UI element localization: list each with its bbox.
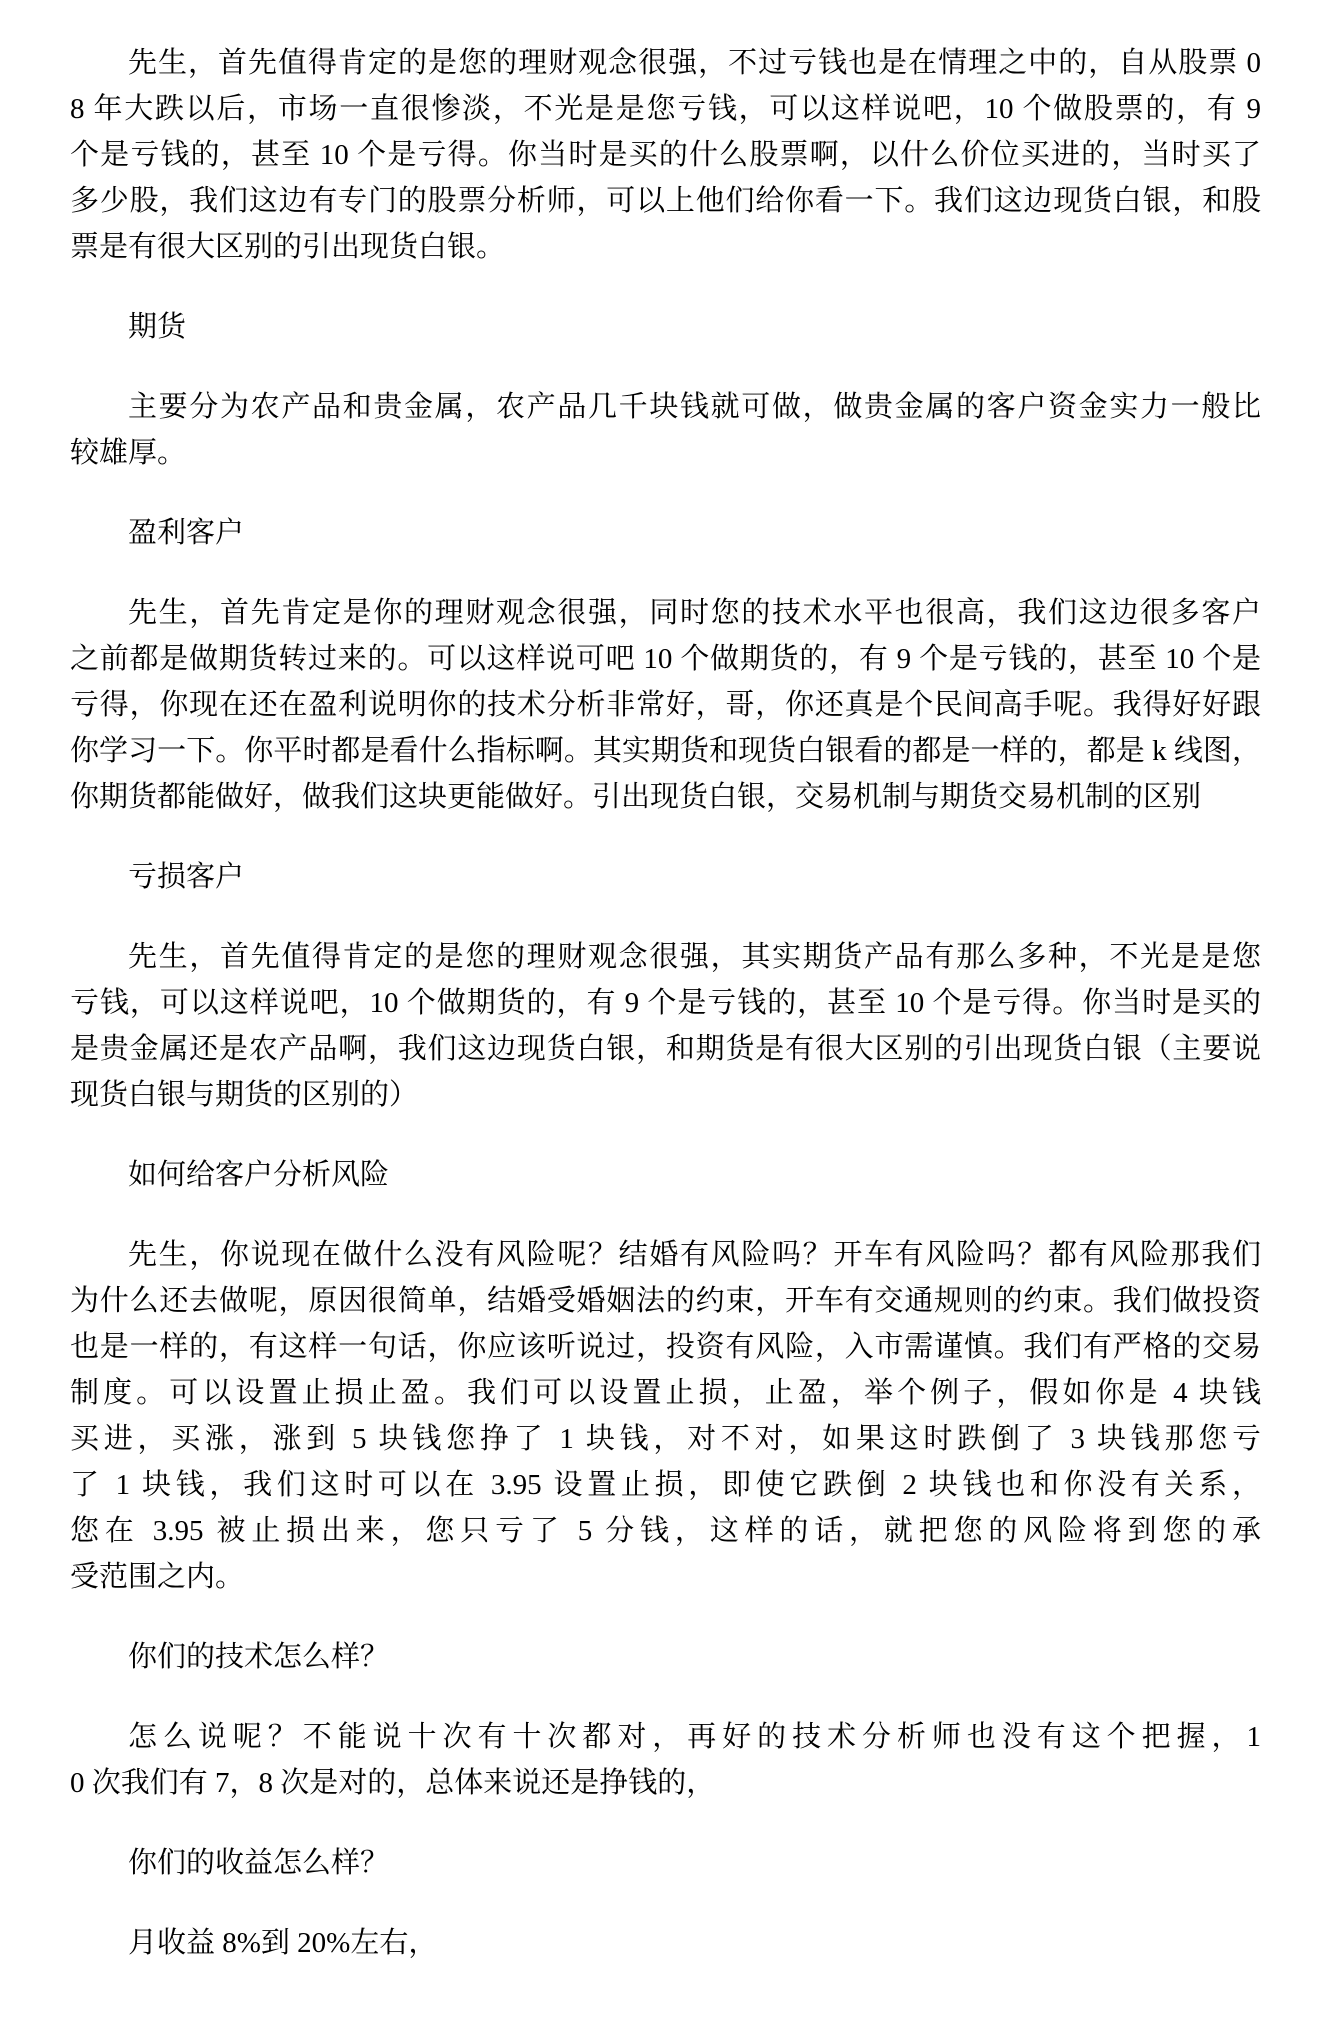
text-line: 亏得，你现在还在盈利说明你的技术分析非常好，哥，你还真是个民间高手呢。我得好好跟	[70, 682, 1261, 728]
text-line: 多少股，我们这边有专门的股票分析师，可以上他们给你看一下。我们这边现货白银，和股	[70, 178, 1261, 224]
text-line: 票是有很大区别的引出现货白银。	[70, 224, 1261, 270]
paragraph: 先生，首先值得肯定的是您的理财观念很强，其实期货产品有那么多种，不光是是您亏钱，…	[70, 934, 1261, 1118]
text-line: 你期货都能做好，做我们这块更能做好。引出现货白银，交易机制与期货交易机制的区别	[70, 774, 1261, 820]
document-content: 先生，首先值得肯定的是您的理财观念很强，不过亏钱也是在情理之中的，自从股票 08…	[70, 40, 1261, 1966]
text-line: 个是亏钱的，甚至 10 个是亏得。你当时是买的什么股票啊，以什么价位买进的，当时…	[70, 132, 1261, 178]
text-line: 制度。可以设置止损止盈。我们可以设置止损，止盈，举个例子，假如你是 4 块钱	[70, 1370, 1261, 1416]
text-line: 月收益 8%到 20%左右，	[70, 1920, 1261, 1966]
paragraph: 先生，首先值得肯定的是您的理财观念很强，不过亏钱也是在情理之中的，自从股票 08…	[70, 40, 1261, 270]
section-heading: 你们的收益怎么样？	[70, 1840, 1261, 1886]
text-line: 0 次我们有 7，8 次是对的，总体来说还是挣钱的，	[70, 1760, 1261, 1806]
text-line: 主要分为农产品和贵金属，农产品几千块钱就可做，做贵金属的客户资金实力一般比	[70, 384, 1261, 430]
text-line: 较雄厚。	[70, 430, 1261, 476]
text-line: 为什么还去做呢，原因很简单，结婚受婚姻法的约束，开车有交通规则的约束。我们做投资	[70, 1278, 1261, 1324]
paragraph: 月收益 8%到 20%左右，	[70, 1920, 1261, 1966]
text-line: 先生，首先肯定是你的理财观念很强，同时您的技术水平也很高，我们这边很多客户	[70, 590, 1261, 636]
text-line: 之前都是做期货转过来的。可以这样说可吧 10 个做期货的，有 9 个是亏钱的，甚…	[70, 636, 1261, 682]
section-heading: 期货	[70, 304, 1261, 350]
text-line: 了 1 块钱，我们这时可以在 3.95 设置止损，即使它跌倒 2 块钱也和你没有…	[70, 1462, 1261, 1508]
text-line: 也是一样的，有这样一句话，你应该听说过，投资有风险，入市需谨慎。我们有严格的交易	[70, 1324, 1261, 1370]
text-line: 先生，首先值得肯定的是您的理财观念很强，不过亏钱也是在情理之中的，自从股票 0	[70, 40, 1261, 86]
paragraph: 先生，你说现在做什么没有风险呢？结婚有风险吗？开车有风险吗？都有风险那我们为什么…	[70, 1232, 1261, 1600]
paragraph: 主要分为农产品和贵金属，农产品几千块钱就可做，做贵金属的客户资金实力一般比较雄厚…	[70, 384, 1261, 476]
text-line: 先生，首先值得肯定的是您的理财观念很强，其实期货产品有那么多种，不光是是您	[70, 934, 1261, 980]
text-line: 您在 3.95 被止损出来，您只亏了 5 分钱，这样的话，就把您的风险将到您的承	[70, 1508, 1261, 1554]
text-line: 8 年大跌以后，市场一直很惨淡，不光是是您亏钱，可以这样说吧，10 个做股票的，…	[70, 86, 1261, 132]
paragraph: 怎么说呢？不能说十次有十次都对，再好的技术分析师也没有这个把握，10 次我们有 …	[70, 1714, 1261, 1806]
section-heading: 亏损客户	[70, 854, 1261, 900]
text-line: 你学习一下。你平时都是看什么指标啊。其实期货和现货白银看的都是一样的，都是 k …	[70, 728, 1261, 774]
text-line: 是贵金属还是农产品啊，我们这边现货白银，和期货是有很大区别的引出现货白银（主要说	[70, 1026, 1261, 1072]
section-heading: 你们的技术怎么样？	[70, 1634, 1261, 1680]
text-line: 亏钱，可以这样说吧，10 个做期货的，有 9 个是亏钱的，甚至 10 个是亏得。…	[70, 980, 1261, 1026]
text-line: 现货白银与期货的区别的）	[70, 1072, 1261, 1118]
section-heading: 如何给客户分析风险	[70, 1152, 1261, 1198]
section-heading: 盈利客户	[70, 510, 1261, 556]
text-line: 怎么说呢？不能说十次有十次都对，再好的技术分析师也没有这个把握，1	[70, 1714, 1261, 1760]
document-page: 先生，首先值得肯定的是您的理财观念很强，不过亏钱也是在情理之中的，自从股票 08…	[0, 0, 1323, 2025]
text-line: 受范围之内。	[70, 1554, 1261, 1600]
text-line: 买进，买涨，涨到 5 块钱您挣了 1 块钱，对不对，如果这时跌倒了 3 块钱那您…	[70, 1416, 1261, 1462]
text-line: 先生，你说现在做什么没有风险呢？结婚有风险吗？开车有风险吗？都有风险那我们	[70, 1232, 1261, 1278]
paragraph: 先生，首先肯定是你的理财观念很强，同时您的技术水平也很高，我们这边很多客户之前都…	[70, 590, 1261, 820]
